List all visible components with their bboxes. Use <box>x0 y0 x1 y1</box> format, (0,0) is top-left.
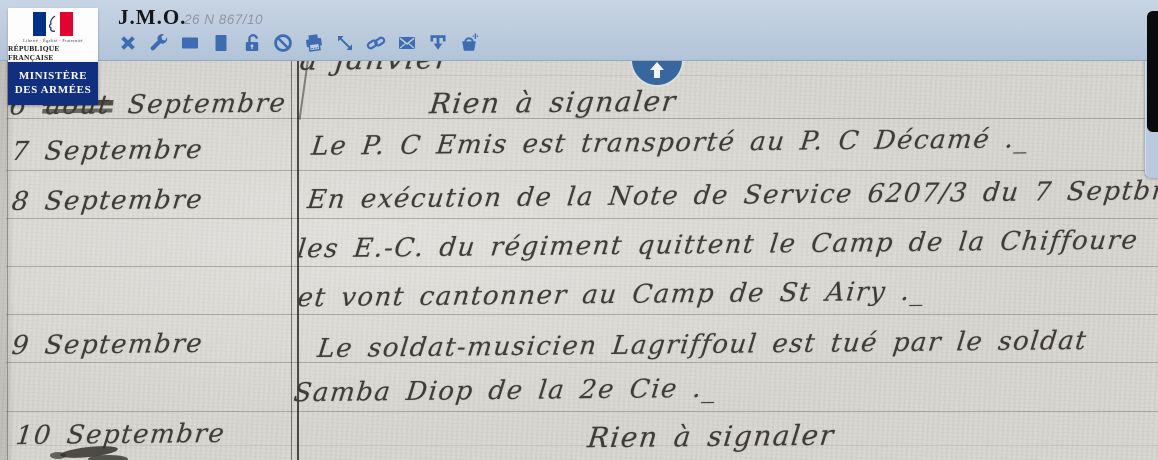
settings-button[interactable] <box>148 31 170 55</box>
unlock-button[interactable] <box>241 31 263 55</box>
link-icon <box>365 32 387 54</box>
ruled-line <box>6 362 1158 363</box>
print-button[interactable] <box>303 31 325 55</box>
entry-month: Septembre <box>43 135 205 167</box>
jmo-viewer: à janvier 6 août Septembre 7 Septembre 8… <box>0 0 1158 460</box>
entry-date: 10 Septembre <box>14 419 227 451</box>
entry-day: 10 <box>14 421 54 451</box>
download-button[interactable] <box>427 31 449 55</box>
ruled-line <box>6 411 1158 412</box>
ink-smudge <box>88 455 128 460</box>
ministry-line2: DES ARMÉES <box>8 83 98 97</box>
ruled-line <box>6 170 1158 171</box>
block-icon <box>272 32 294 54</box>
entry-date: 9 Septembre <box>10 329 205 361</box>
add-to-basket-button[interactable] <box>458 31 480 55</box>
entry-month: Septembre <box>126 89 288 121</box>
entry-date: 7 Septembre <box>10 135 205 167</box>
resize-diagonal-icon <box>334 32 356 54</box>
ink-smudge <box>50 452 66 459</box>
mail-button[interactable] <box>396 31 418 55</box>
entry-month: Septembre <box>65 419 227 451</box>
mail-icon <box>396 32 418 54</box>
wrench-icon <box>148 32 170 54</box>
unlock-icon <box>241 32 263 54</box>
ministry-name: MINISTÈRE DES ARMÉES <box>8 62 98 105</box>
viewer-toolbar: J.M.O. 26 N 867/10 <box>0 0 1158 61</box>
motto-text: Liberté · Égalité · Fraternité <box>23 38 83 43</box>
ruled-line <box>6 266 1158 267</box>
entry-day: 9 <box>10 331 31 361</box>
resize-button[interactable] <box>334 31 356 55</box>
ministry-line1: MINISTÈRE <box>8 69 98 83</box>
close-icon <box>117 32 139 54</box>
toolbar-buttons <box>117 31 480 55</box>
fit-height-button[interactable] <box>210 31 232 55</box>
french-flag-icon <box>33 12 73 36</box>
ruled-line <box>6 314 1158 315</box>
entry-day: 8 <box>10 187 31 217</box>
entry-date: 8 Septembre <box>10 185 205 217</box>
entry-line: Rien à signaler <box>586 419 837 455</box>
ministry-logo[interactable]: Liberté · Égalité · Fraternité RÉPUBLIQU… <box>8 8 98 105</box>
fit-height-icon <box>210 32 232 54</box>
entry-month: Septembre <box>43 329 205 361</box>
republic-text: RÉPUBLIQUE FRANÇAISE <box>8 44 98 62</box>
download-icon <box>427 32 449 54</box>
entry-month: Septembre <box>43 185 205 217</box>
print-icon <box>303 32 325 54</box>
entry-line: Rien à signaler <box>428 85 679 121</box>
arrow-up-icon <box>647 61 667 81</box>
permalink-button[interactable] <box>365 31 387 55</box>
entry-line: Samba Diop de la 2e Cie ._ <box>292 374 719 408</box>
entry-day: 7 <box>10 137 31 167</box>
column-separator-thin <box>291 60 292 460</box>
series-title: J.M.O. <box>118 5 186 30</box>
archive-reference: 26 N 867/10 <box>184 12 263 27</box>
marianne-icon <box>47 15 59 33</box>
close-button[interactable] <box>117 31 139 55</box>
republic-logo: Liberté · Égalité · Fraternité RÉPUBLIQU… <box>8 8 98 62</box>
block-button[interactable] <box>272 31 294 55</box>
thumbnail-preview[interactable] <box>1147 11 1158 132</box>
fit-width-icon <box>179 32 201 54</box>
ruled-line <box>6 218 1158 219</box>
fit-width-button[interactable] <box>179 31 201 55</box>
basket-add-icon <box>458 32 480 54</box>
